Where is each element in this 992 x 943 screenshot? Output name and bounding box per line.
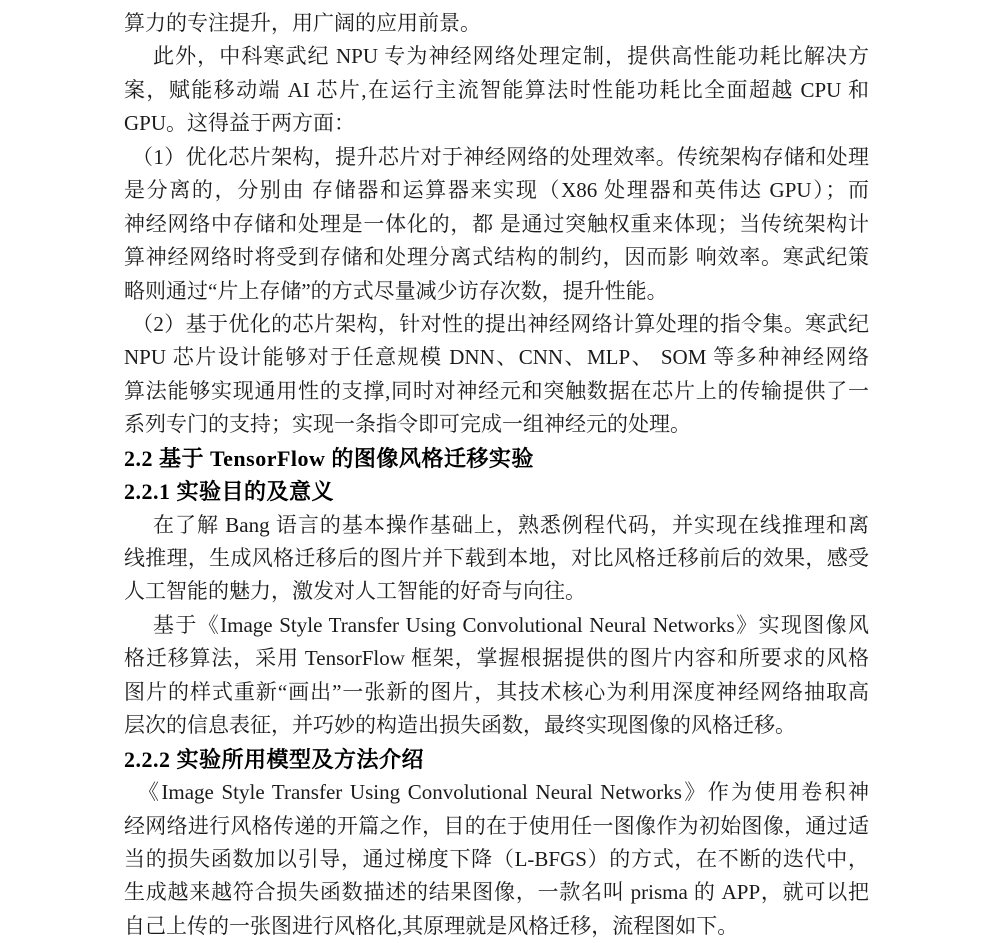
text-line: 生成越来越符合损失函数描述的结果图像，一款名叫 prisma 的 APP，就可以… [124, 876, 869, 909]
text-line: （2）基于优化的芯片架构，针对性的提出神经网络计算处理的指令集。寒武纪 [124, 308, 869, 341]
text-line: 算力的专注提升，用广阔的应用前景。 [124, 7, 869, 40]
text-line: 经网络进行风格传递的开篇之作，目的在于使用任一图像作为初始图像，通过适 [124, 810, 869, 843]
text-line: 格迁移算法，采用 TensorFlow 框架，掌握根据提供的图片内容和所要求的风… [124, 642, 869, 675]
text-line: 自己上传的一张图进行风格化,其原理就是风格迁移，流程图如下。 [124, 910, 869, 943]
text-line: 算法能够实现通用性的支撑,同时对神经元和突触数据在芯片上的传输提供了一 [124, 375, 869, 408]
text-line: 当的损失函数加以引导，通过梯度下降（L-BFGS）的方式，在不断的迭代中， [124, 843, 869, 876]
text-line: GPU。这得益于两方面： [124, 107, 869, 140]
section-heading: 2.2.1 实验目的及意义 [124, 475, 869, 508]
text-line: 图片的样式重新“画出”一张新的图片，其技术核心为利用深度神经网络抽取高 [124, 676, 869, 709]
section-heading: 2.2 基于 TensorFlow 的图像风格迁移实验 [124, 442, 869, 475]
text-line: 在了解 Bang 语言的基本操作基础上，熟悉例程代码，并实现在线推理和离 [124, 509, 869, 542]
text-line: 是分离的，分别由 存储器和运算器来实现（X86 处理器和英伟达 GPU）；而 [124, 174, 869, 207]
text-line: 算神经网络时将受到存储和处理分离式结构的制约，因而影 响效率。寒武纪策 [124, 241, 869, 274]
text-line: 基于《Image Style Transfer Using Convolutio… [124, 609, 869, 642]
text-line: 此外，中科寒武纪 NPU 专为神经网络处理定制，提供高性能功耗比解决方 [124, 40, 869, 73]
text-line: 神经网络中存储和处理是一体化的，都 是通过突触权重来体现；当传统架构计 [124, 208, 869, 241]
text-line: 略则通过“片上存储”的方式尽量减少访存次数，提升性能。 [124, 275, 869, 308]
text-line: 《Image Style Transfer Using Convolutiona… [124, 776, 869, 809]
text-line: NPU 芯片设计能够对于任意规模 DNN、CNN、MLP、 SOM 等多种神经网… [124, 341, 869, 374]
text-line: 线推理，生成风格迁移后的图片并下载到本地，对比风格迁移前后的效果，感受 [124, 542, 869, 575]
text-line: 层次的信息表征，并巧妙的构造出损失函数，最终实现图像的风格迁移。 [124, 709, 869, 742]
document-page: 算力的专注提升，用广阔的应用前景。此外，中科寒武纪 NPU 专为神经网络处理定制… [124, 7, 869, 943]
section-heading: 2.2.2 实验所用模型及方法介绍 [124, 743, 869, 776]
text-line: 系列专门的支持；实现一条指令即可完成一组神经元的处理。 [124, 408, 869, 441]
text-line: （1）优化芯片架构，提升芯片对于神经网络的处理效率。传统架构存储和处理 [124, 141, 869, 174]
text-line: 人工智能的魅力，激发对人工智能的好奇与向往。 [124, 575, 869, 608]
text-line: 案，赋能移动端 AI 芯片,在运行主流智能算法时性能功耗比全面超越 CPU 和 [124, 74, 869, 107]
